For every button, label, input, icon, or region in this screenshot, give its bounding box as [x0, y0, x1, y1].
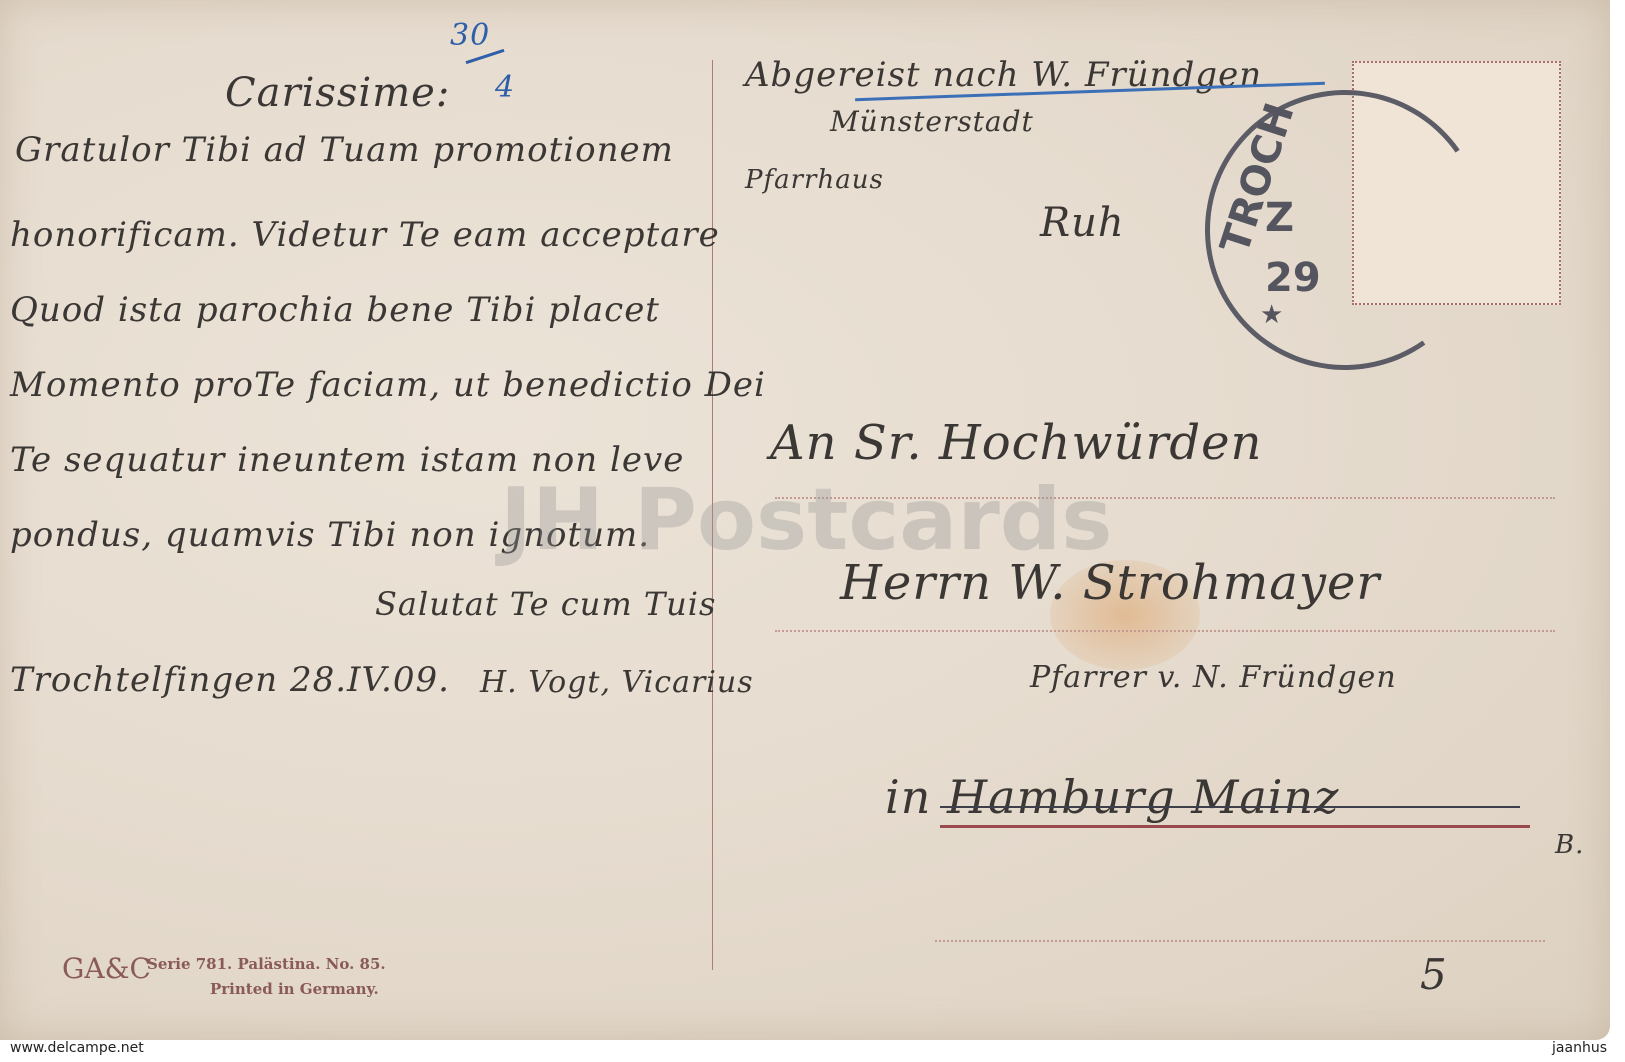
signature: H. Vogt, Vicarius: [480, 665, 754, 700]
address-rule-2: [775, 630, 1555, 632]
strike-through-red: [940, 825, 1530, 828]
annotation-numerator: 30: [450, 18, 490, 53]
annotation-denominator: 4: [495, 70, 515, 105]
address-rule-4: [935, 940, 1545, 942]
message-line-1: Gratulor Tibi ad Tuam promotionem: [15, 130, 674, 170]
message-line-2: honorificam. Videtur Te eam acceptare: [10, 215, 720, 255]
message-line-4: Momento proTe faciam, ut benedictio Dei: [10, 365, 766, 405]
message-line-7: Salutat Te cum Tuis: [375, 585, 716, 623]
address-line-1: An Sr. Hochwürden: [770, 415, 1262, 471]
footer-source-right: jaanhus: [1552, 1040, 1607, 1056]
postmark-star-icon: ★: [1260, 300, 1283, 330]
address-line-3: Pfarrer v. N. Fründgen: [1030, 660, 1397, 695]
message-line-3: Quod ista parochia bene Tibi placet: [10, 290, 660, 330]
printed-in-germany: Printed in Germany.: [210, 980, 379, 998]
address-line-4-struck: in Hamburg Mainz: [885, 770, 1339, 824]
footer-source-left: www.delcampe.net: [10, 1040, 144, 1056]
series-line: Serie 781. Palästina. No. 85.: [147, 955, 386, 973]
bottom-note: 5: [1420, 950, 1448, 999]
forwarding-note-line-4: Ruh: [1040, 200, 1125, 246]
forwarding-note-line-2: Münsterstadt: [830, 105, 1034, 138]
salutation: Carissime:: [225, 70, 450, 116]
forwarding-note-line-3: Pfarrhaus: [745, 165, 884, 195]
strike-through-dark: [940, 806, 1520, 808]
postcard-back: Carissime: 30 4 Gratulor Tibi ad Tuam pr…: [0, 0, 1610, 1040]
place-date: Trochtelfingen 28.IV.09.: [10, 660, 450, 700]
postmark-day: 29: [1265, 255, 1321, 301]
margin-note: B.: [1555, 830, 1584, 860]
publisher-logo-icon: GA&C: [62, 955, 106, 1003]
watermark: JH Postcards: [500, 470, 1113, 570]
